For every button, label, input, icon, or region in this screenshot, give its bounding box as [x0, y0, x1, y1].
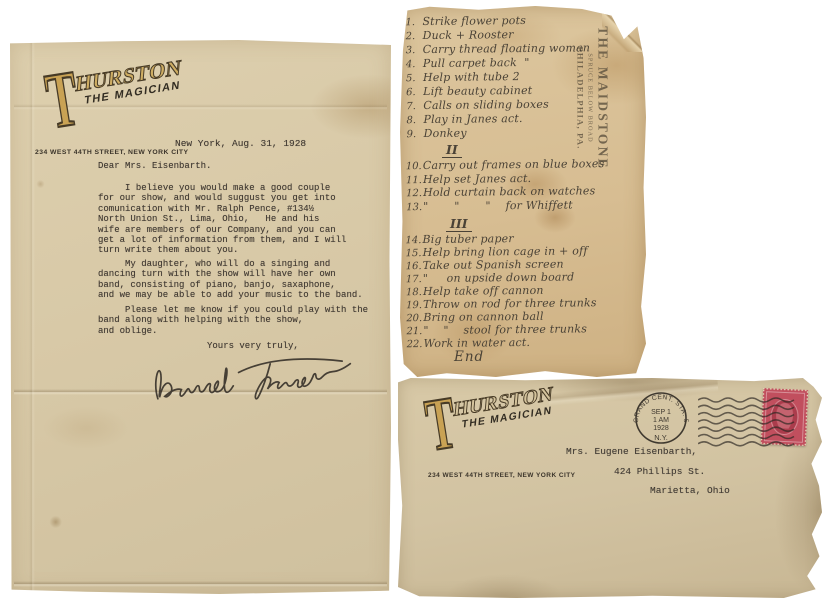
recipient-city: Marietta, Ohio: [650, 485, 730, 496]
postmark: GRAND CENT. STA. 5 SEP 1 1 AM 1928 N.Y.: [632, 389, 690, 447]
howard-thurston-signature: [141, 342, 356, 417]
cue-item-text: " " " for Whiffett: [423, 198, 573, 213]
cue-item-number: 2.: [406, 31, 423, 42]
cue-item-text: Carry thread floating woman: [423, 41, 591, 56]
section-heading-III: III: [446, 216, 472, 232]
cue-item-number: 14.: [405, 235, 422, 246]
cue-item-text: Help set Janes act.: [423, 172, 532, 186]
cue-item-text: Help take off cannon: [423, 284, 544, 298]
cue-item-number: 15.: [406, 248, 423, 259]
letter-paragraph-3: Please let me know if you could play wit…: [98, 305, 368, 336]
cue-item-text: Strike flower pots: [422, 14, 526, 28]
envelope-return-address: 234 WEST 44TH STREET, NEW YORK CITY: [428, 472, 575, 479]
cue-item-number: 7.: [406, 101, 423, 112]
cue-item-number: 4.: [406, 59, 423, 70]
cancellation-waves: [698, 396, 798, 450]
letter-paragraph-2: My daughter, who will do a singing and d…: [98, 259, 363, 301]
recipient-name: Mrs. Eugene Eisenbarth,: [566, 446, 697, 457]
cue-item-text: Throw on rod for three trunks: [423, 296, 597, 311]
cue-list-part-3: 14. Big tuber paper 15. Help bring lion …: [405, 231, 642, 350]
cue-item-number: 20.: [406, 313, 423, 324]
postmark-time: 1 AM: [653, 417, 669, 424]
cue-item-number: 10.: [406, 161, 423, 172]
end-label: End: [454, 349, 484, 365]
cue-item-text: " " stool for three trunks: [423, 322, 587, 337]
cue-item-number: 19.: [406, 300, 423, 311]
cue-list-item: 22. Work in water act.: [406, 335, 642, 350]
cue-list-part-1: 1. Strike flower pots 2. Duck + Rooster …: [405, 13, 642, 141]
cue-item-number: 9.: [407, 129, 424, 140]
cue-item-number: 3.: [406, 45, 423, 56]
cue-item-number: 1.: [405, 17, 422, 28]
cue-item-text: Carry out frames on blue boxes: [423, 157, 605, 172]
cue-item-text: Help with tube 2: [423, 70, 520, 84]
cue-item-text: Calls on sliding boxes: [423, 98, 549, 112]
cue-item-text: Hold curtain back on watches: [423, 184, 596, 199]
section-heading-II: II: [442, 142, 462, 158]
cue-item-number: 18.: [406, 287, 423, 298]
fold-crease: [14, 581, 387, 587]
cue-item-text: Lift beauty cabinet: [423, 84, 532, 98]
signature-text: Howard Thurston: [10, 40, 11, 41]
cue-item-number: 12.: [406, 188, 423, 199]
photo-canvas: T HURSTON THE MAGICIAN 234 WEST 44TH STR…: [0, 0, 823, 600]
postmark-state: N.Y.: [654, 433, 668, 442]
cue-item-number: 11.: [406, 175, 423, 186]
cue-item-text: Play in Janes act.: [423, 112, 522, 126]
cue-item-number: 21.: [406, 326, 423, 337]
cue-item-text: Big tuber paper: [422, 232, 514, 246]
fold-crease: [29, 40, 35, 594]
cue-item-text: Work in water act.: [423, 336, 530, 350]
cue-item-text: Duck + Rooster: [422, 28, 513, 42]
cue-item-text: Pull carpet back ": [423, 56, 530, 70]
thurston-envelope: T HURSTON THE MAGICIAN 234 WEST 44TH STR…: [398, 378, 822, 598]
recipient-street: 424 Phillips St.: [614, 466, 705, 477]
cue-list-item: 9. Donkey: [407, 125, 643, 141]
dateline: New York, Aug. 31, 1928: [175, 139, 306, 149]
cue-item-text: Bring on cannon ball: [423, 310, 544, 324]
cue-item-text: " on upside down board: [423, 270, 575, 285]
cue-list-part-2: 10. Carry out frames on blue boxes 11. H…: [406, 157, 643, 214]
cue-item-number: 13.: [406, 202, 423, 213]
cue-item-number: 8.: [406, 115, 423, 126]
cue-item-text: Donkey: [424, 127, 467, 140]
letterhead-address: 234 WEST 44TH STREET, NEW YORK CITY: [35, 149, 188, 156]
cue-item-number: 16.: [406, 261, 423, 272]
thurston-logo: T HURSTON THE MAGICIAN: [422, 371, 593, 480]
letter-paragraph-1: I believe you would make a good couple f…: [98, 183, 346, 256]
handwritten-cue-list: THE MAIDSTONE SPRUCE BELOW BROAD PHILADE…: [400, 6, 646, 377]
cue-item-number: 17.: [406, 274, 423, 285]
thurston-letter: T HURSTON THE MAGICIAN 234 WEST 44TH STR…: [10, 40, 391, 594]
postmark-year: 1928: [653, 425, 669, 432]
salutation: Dear Mrs. Eisenbarth.: [98, 161, 211, 171]
cue-item-number: 6.: [406, 87, 423, 98]
postmark-date: SEP 1: [651, 409, 671, 416]
cue-item-number: 22.: [407, 339, 424, 350]
cue-list-item: 13. " " " for Whiffett: [406, 198, 642, 214]
cue-item-number: 5.: [406, 73, 423, 84]
